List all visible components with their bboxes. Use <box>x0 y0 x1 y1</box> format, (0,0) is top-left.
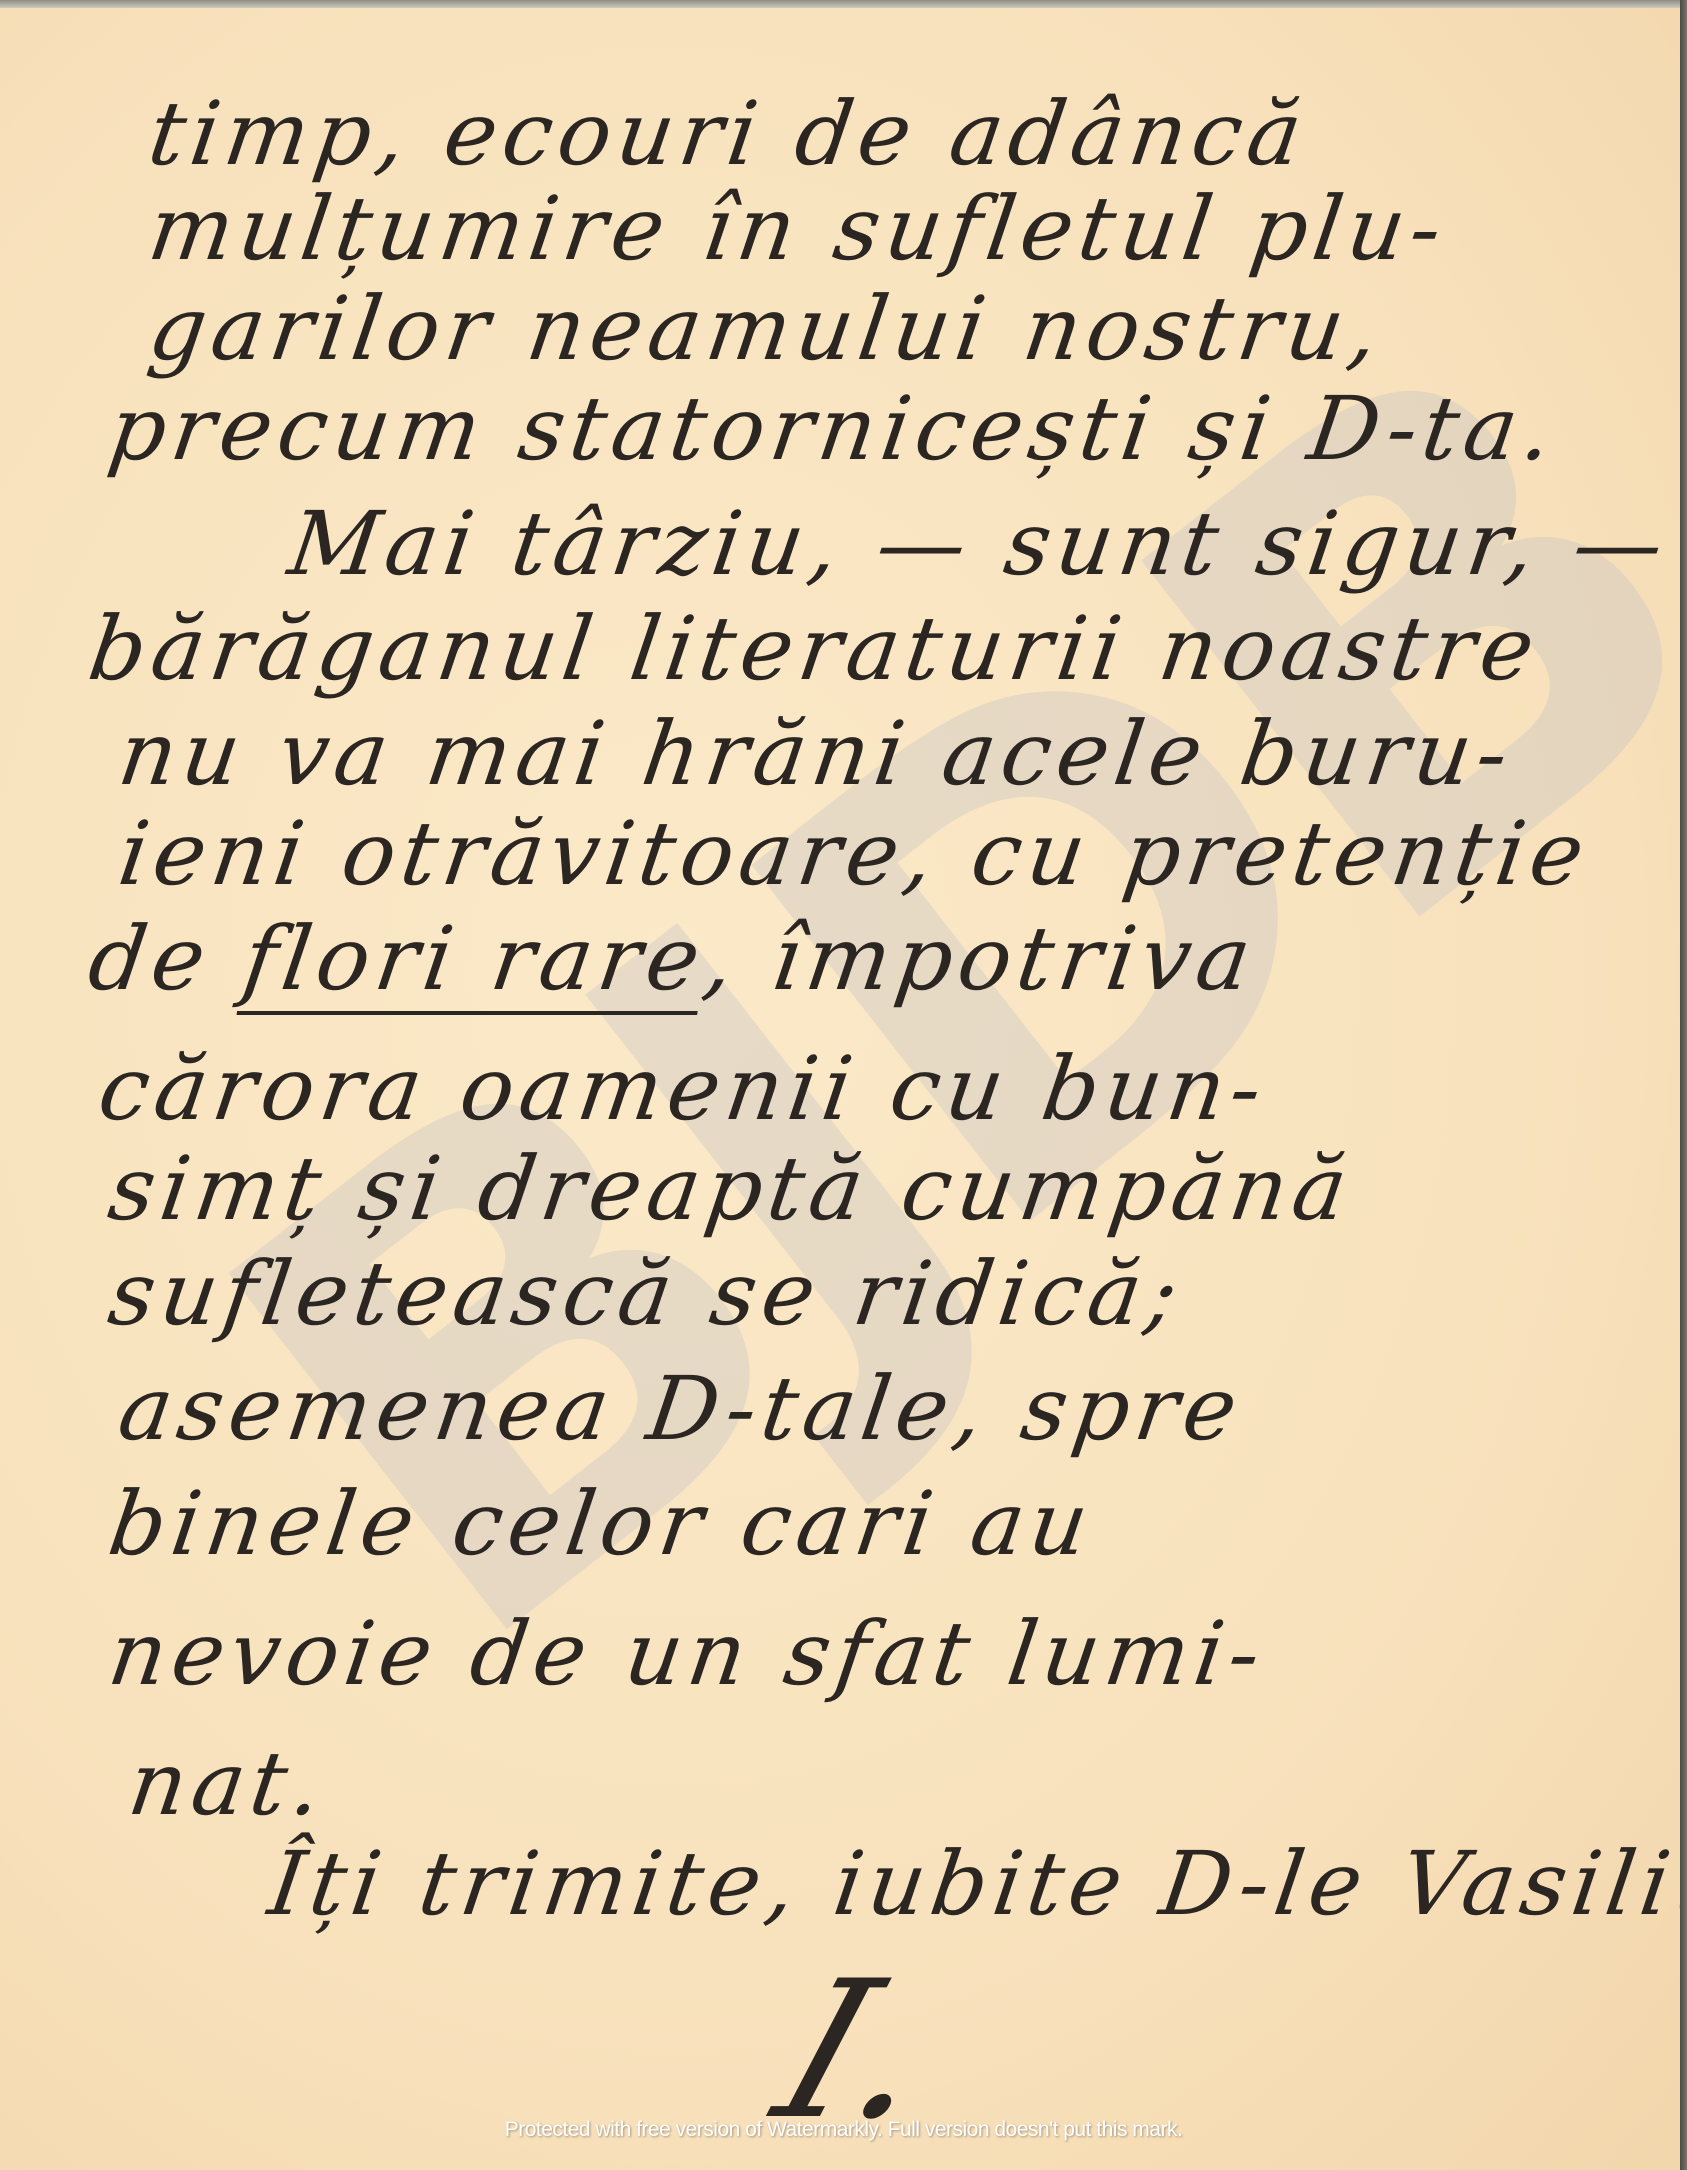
word-de: de <box>83 907 252 1010</box>
word-impotriva: , împotriva <box>698 907 1263 1010</box>
letter-line-16: nat. <box>124 1740 333 1828</box>
letter-line-7: nu va mai hrăni acele buru- <box>114 710 1519 798</box>
letter-page: BJDB timp, ecouri de adâncă mulțumire în… <box>0 0 1680 2170</box>
letter-line-3: garilor neamului nostru, <box>144 285 1390 373</box>
letter-line-9: de flori rare, împotriva <box>84 915 1262 1003</box>
letter-line-5: Mai târziu, — sunt sigur, — <box>284 500 1675 588</box>
letter-line-10: cărora oamenii cu bun- <box>94 1045 1273 1133</box>
letter-line-1: timp, ecouri de adâncă <box>144 90 1313 178</box>
letter-line-17: Îți trimite, iubite D-le Vasiliu, <box>264 1840 1680 1928</box>
letter-line-8: ieni otrăvitoare, cu pretenție <box>114 810 1595 898</box>
letter-line-6: bărăganul literaturii noastre <box>84 605 1545 693</box>
watermarkly-notice: Protected with free version of Watermark… <box>0 2118 1680 2142</box>
letter-line-2: mulțumire în sufletul plu- <box>144 185 1453 273</box>
scan-right-edge <box>1680 0 1687 2170</box>
letter-line-4: precum statornicești și D-ta. <box>104 385 1563 473</box>
letter-line-11: simț și dreaptă cumpănă <box>104 1145 1358 1233</box>
letter-line-14: binele celor cari au <box>104 1480 1099 1568</box>
letter-line-13: asemenea D-tale, spre <box>114 1365 1248 1453</box>
letter-line-12: sufletească se ridică; <box>104 1250 1189 1338</box>
underlined-phrase: flori rare <box>237 907 712 1010</box>
letter-line-15: nevoie de un sfat lumi- <box>104 1610 1271 1698</box>
scan-top-edge <box>0 0 1680 8</box>
